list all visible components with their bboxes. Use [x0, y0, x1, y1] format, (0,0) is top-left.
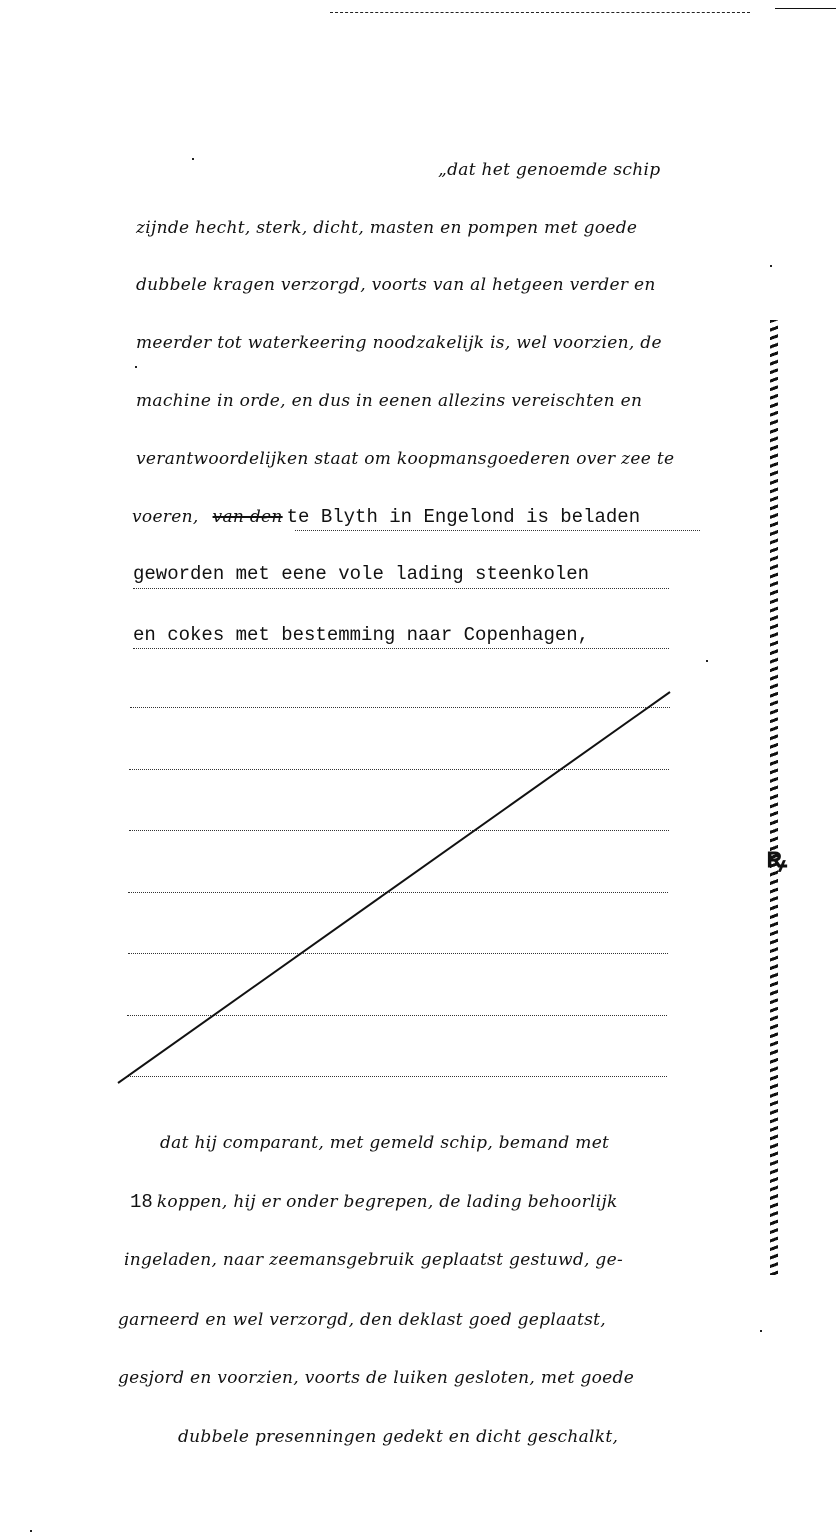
bottom-line-5-script: gesjord en voorzien, voorts de luiken ge… — [118, 1368, 634, 1388]
bottom-line-3-script: ingeladen, naar zeemansgebruik geplaatst… — [124, 1250, 623, 1270]
seal-icon: ꝶ — [766, 838, 787, 876]
bottom-line-6-script: dubbele presenningen gedekt en dicht ges… — [178, 1427, 618, 1447]
text-line-bottom-1: dat hij comparant, met gemeld schip, bem… — [160, 1133, 609, 1153]
crew-count: 18 — [130, 1191, 153, 1213]
text-line-bottom-3: ingeladen, naar zeemansgebruik geplaatst… — [124, 1250, 623, 1270]
text-line-bottom-5: gesjord en voorzien, voorts de luiken ge… — [118, 1368, 634, 1388]
speck — [192, 158, 194, 160]
bottom-line-4-script: garneerd en wel verzorgd, den deklast go… — [118, 1310, 606, 1330]
text-line-bottom-2: 18 koppen, hij er onder begrepen, de lad… — [130, 1191, 618, 1213]
text-line-bottom-4: garneerd en wel verzorgd, den deklast go… — [118, 1310, 606, 1330]
cancellation-stroke — [0, 0, 836, 1532]
document-page: „dat het genoemde schip zijnde hecht, st… — [0, 0, 836, 1532]
speck — [770, 265, 772, 267]
cord-icon — [770, 320, 778, 1275]
bottom-line-2-script: koppen, hij er onder begrepen, de lading… — [157, 1192, 618, 1212]
bottom-line-1-script: dat hij comparant, met gemeld schip, bem… — [160, 1133, 609, 1153]
speck — [135, 366, 137, 368]
speck — [706, 660, 708, 662]
speck — [760, 1330, 762, 1332]
text-line-bottom-6: dubbele presenningen gedekt en dicht ges… — [178, 1427, 618, 1447]
